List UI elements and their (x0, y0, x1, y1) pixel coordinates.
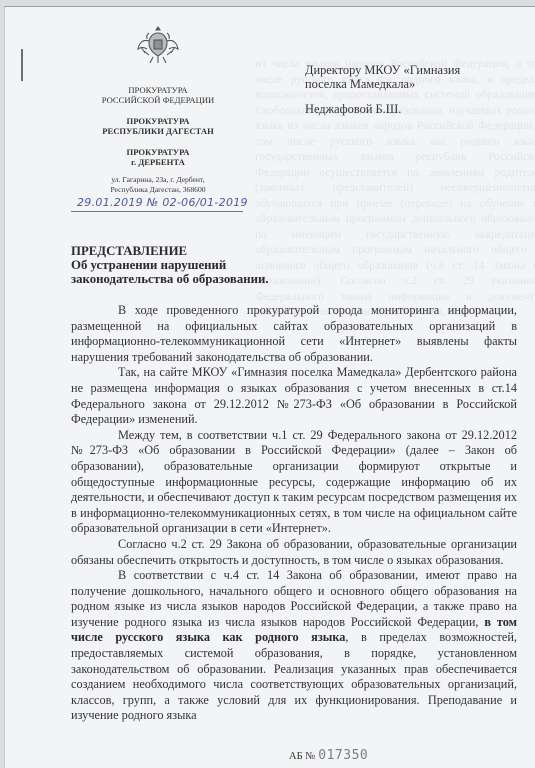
prosecutor-office-header: ПРОКУРАТУРА РОССИЙСКОЙ ФЕДЕРАЦИИ ПРОКУРА… (87, 85, 229, 194)
paragraph-text: В соответствии с ч.4 ст. 14 Закона об об… (71, 568, 517, 629)
registration-number-handwritten: 29.01.2019 № 02-06/01-2019 (77, 196, 248, 209)
paragraph: В ходе проведенного прокуратурой города … (71, 303, 517, 365)
document-title-block: ПРЕДСТАВЛЕНИЕ Об устранении нарушений за… (71, 244, 269, 287)
addressee-title: Директору МКОУ «Гимназия (305, 64, 460, 78)
coat-of-arms-icon (135, 23, 181, 69)
org-line: ПРОКУРАТУРА (87, 116, 229, 126)
org-line: ПРОКУРАТУРА (87, 85, 229, 95)
paragraph: Между тем, в соответствии ч.1 ст. 29 Фед… (71, 428, 517, 537)
document-subtitle: Об устранении нарушений (71, 258, 269, 272)
paragraph: Согласно ч.2 ст. 29 Закона об образовани… (71, 537, 517, 568)
addressee-name: Неджафовой Б.Ш. (305, 103, 460, 117)
org-line: г. ДЕРБЕНТА (87, 157, 229, 167)
paragraph: Так, на сайте МКОУ «Гимназия поселка Мам… (71, 365, 517, 427)
document-subtitle: законодательства об образовании. (71, 272, 269, 286)
org-line: ПРОКУРАТУРА (87, 147, 229, 157)
serial-prefix: АБ № (289, 751, 315, 762)
address-line: Республика Дагестан, 368600 (87, 185, 229, 194)
form-serial-number: АБ №017350 (289, 748, 368, 763)
document-heading: ПРЕДСТАВЛЕНИЕ (71, 244, 269, 258)
scanned-document-page: из числа языков народов Российской Федер… (4, 6, 535, 768)
addressee-org: поселка Мамедкала» (305, 78, 460, 92)
org-line: РЕСПУБЛИКИ ДАГЕСТАН (87, 126, 229, 136)
margin-mark (21, 49, 23, 81)
serial-number: 017350 (318, 748, 368, 763)
org-line: РОССИЙСКОЙ ФЕДЕРАЦИИ (87, 95, 229, 105)
paragraph: В соответствии с ч.4 ст. 14 Закона об об… (71, 568, 517, 724)
addressee-block: Директору МКОУ «Гимназия поселка Мамедка… (305, 64, 460, 117)
document-body: В ходе проведенного прокуратурой города … (71, 303, 517, 724)
address-line: ул. Гагарина, 23а, г. Дербент, (87, 175, 229, 184)
